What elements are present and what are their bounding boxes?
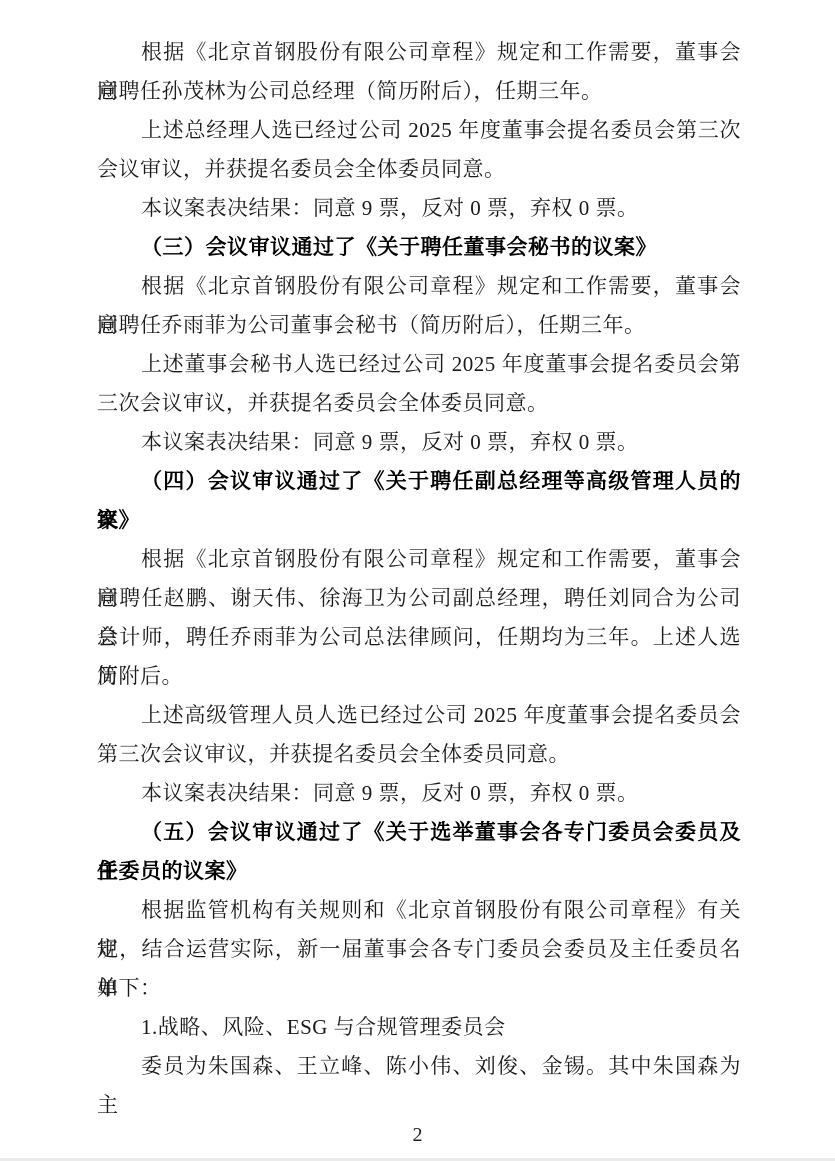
section-heading: （三）会议审议通过了《关于聘任董事会秘书的议案》	[97, 228, 741, 267]
text-line: 如下：	[97, 969, 741, 1008]
text-line: 意聘任孙茂林为公司总经理（简历附后），任期三年。	[97, 72, 741, 111]
text-line: 根据《北京首钢股份有限公司章程》规定和工作需要，董事会同	[97, 267, 741, 306]
text-line: 会议审议，并获提名委员会全体委员同意。	[97, 150, 741, 189]
text-line: 上述董事会秘书人选已经过公司 2025 年度董事会提名委员会第	[97, 345, 741, 384]
text-line: 本议案表决结果：同意 9 票，反对 0 票，弃权 0 票。	[97, 774, 741, 813]
text-line: （三）会议审议通过了《关于聘任董事会秘书的议案》	[97, 228, 741, 267]
text-line: 第三次会议审议，并获提名委员会全体委员同意。	[97, 735, 741, 774]
text-line: 本议案表决结果：同意 9 票，反对 0 票，弃权 0 票。	[97, 423, 741, 462]
paragraph: 本议案表决结果：同意 9 票，反对 0 票，弃权 0 票。	[97, 189, 741, 228]
text-line: 根据《北京首钢股份有限公司章程》规定和工作需要，董事会同	[97, 33, 741, 72]
text-line: 定，结合运营实际，新一届董事会各专门委员会委员及主任委员名单	[97, 930, 741, 969]
paragraph: 本议案表决结果：同意 9 票，反对 0 票，弃权 0 票。	[97, 774, 741, 813]
text-line: 根据《北京首钢股份有限公司章程》规定和工作需要，董事会同	[97, 540, 741, 579]
paragraph: 本议案表决结果：同意 9 票，反对 0 票，弃权 0 票。	[97, 423, 741, 462]
text-line: （五）会议审议通过了《关于选举董事会各专门委员会委员及主	[97, 813, 741, 852]
text-line: 任委员的议案》	[97, 852, 741, 891]
paragraph: 根据《北京首钢股份有限公司章程》规定和工作需要，董事会同意聘任赵鹏、谢天伟、徐海…	[97, 540, 741, 696]
paragraph: 1.战略、风险、ESG 与合规管理委员会	[97, 1008, 741, 1047]
paragraph: 根据监管机构有关规则和《北京首钢股份有限公司章程》有关规定，结合运营实际，新一届…	[97, 891, 741, 1008]
section-heading: （五）会议审议通过了《关于选举董事会各专门委员会委员及主任委员的议案》	[97, 813, 741, 891]
paragraph: 根据《北京首钢股份有限公司章程》规定和工作需要，董事会同意聘任乔雨菲为公司董事会…	[97, 267, 741, 345]
text-line: 上述高级管理人员人选已经过公司 2025 年度董事会提名委员会	[97, 696, 741, 735]
paragraph: 上述高级管理人员人选已经过公司 2025 年度董事会提名委员会第三次会议审议，并…	[97, 696, 741, 774]
page-number: 2	[0, 1122, 835, 1148]
text-line: 会计师，聘任乔雨菲为公司总法律顾问，任期均为三年。上述人选简	[97, 618, 741, 657]
text-line: 意聘任赵鹏、谢天伟、徐海卫为公司副总经理，聘任刘同合为公司总	[97, 579, 741, 618]
paragraph: 根据《北京首钢股份有限公司章程》规定和工作需要，董事会同意聘任孙茂林为公司总经理…	[97, 33, 741, 111]
text-line: 案》	[97, 501, 741, 540]
paragraph: 委员为朱国森、王立峰、陈小伟、刘俊、金锡。其中朱国森为主	[97, 1047, 741, 1086]
text-line: 本议案表决结果：同意 9 票，反对 0 票，弃权 0 票。	[97, 189, 741, 228]
paragraph: 上述董事会秘书人选已经过公司 2025 年度董事会提名委员会第三次会议审议，并获…	[97, 345, 741, 423]
document-page-body: 根据《北京首钢股份有限公司章程》规定和工作需要，董事会同意聘任孙茂林为公司总经理…	[97, 33, 741, 1086]
text-line: 历附后。	[97, 657, 741, 696]
text-line: （四）会议审议通过了《关于聘任副总经理等高级管理人员的议	[97, 462, 741, 501]
text-line: 根据监管机构有关规则和《北京首钢股份有限公司章程》有关规	[97, 891, 741, 930]
section-heading: （四）会议审议通过了《关于聘任副总经理等高级管理人员的议案》	[97, 462, 741, 540]
text-line: 1.战略、风险、ESG 与合规管理委员会	[97, 1008, 741, 1047]
text-line: 委员为朱国森、王立峰、陈小伟、刘俊、金锡。其中朱国森为主	[97, 1047, 741, 1086]
paragraph: 上述总经理人选已经过公司 2025 年度董事会提名委员会第三次会议审议，并获提名…	[97, 111, 741, 189]
text-line: 三次会议审议，并获提名委员会全体委员同意。	[97, 384, 741, 423]
text-line: 上述总经理人选已经过公司 2025 年度董事会提名委员会第三次	[97, 111, 741, 150]
text-line: 意聘任乔雨菲为公司董事会秘书（简历附后），任期三年。	[97, 306, 741, 345]
